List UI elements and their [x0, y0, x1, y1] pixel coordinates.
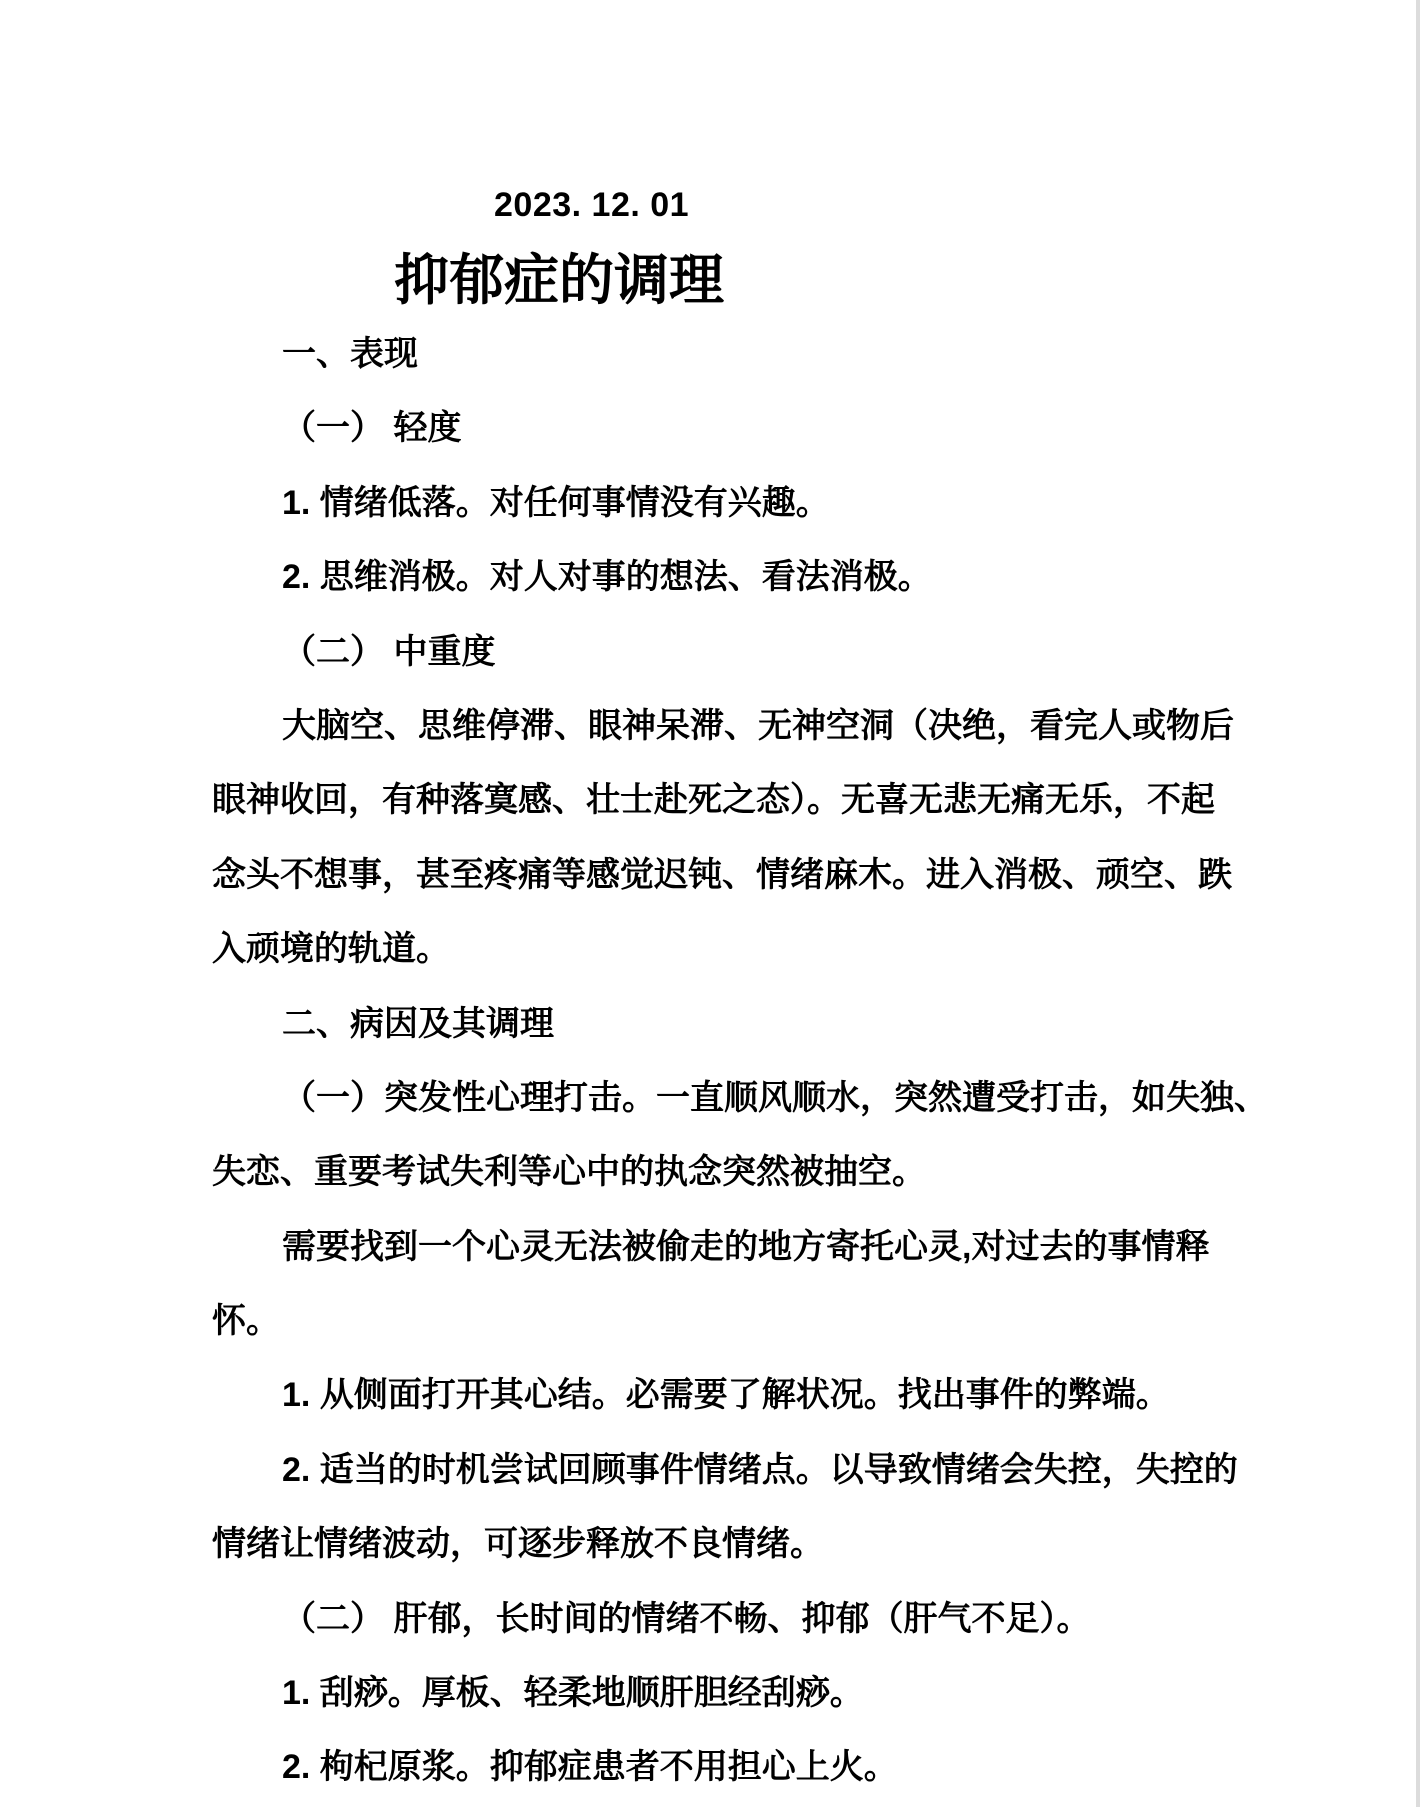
document-page: 2023. 12. 01 抑郁症的调理 一、表现 （一） 轻度 1. 情绪低落。…	[0, 0, 1420, 1807]
text-line: （二） 肝郁，长时间的情绪不畅、抑郁（肝气不足）。	[212, 1582, 1222, 1656]
text-line: 入顽境的轨道。	[212, 912, 1222, 986]
page-title: 抑郁症的调理	[394, 250, 724, 310]
text-line: 怀。	[212, 1284, 1222, 1358]
text-line: 需要找到一个心灵无法被偷走的地方寄托心灵,对过去的事情释	[212, 1210, 1222, 1284]
text-line: 2. 思维消极。对人对事的想法、看法消极。	[212, 540, 1222, 614]
document-body: 一、表现 （一） 轻度 1. 情绪低落。对任何事情没有兴趣。 2. 思维消极。对…	[212, 317, 1222, 1805]
text-line: （二） 中重度	[212, 615, 1222, 689]
text-line: 情绪让情绪波动，可逐步释放不良情绪。	[212, 1507, 1222, 1581]
text-line: 2. 枸杞原浆。抑郁症患者不用担心上火。	[212, 1730, 1222, 1804]
text-line: 1. 从侧面打开其心结。必需要了解状况。找出事件的弊端。	[212, 1358, 1222, 1432]
text-line: 1. 刮痧。厚板、轻柔地顺肝胆经刮痧。	[212, 1656, 1222, 1730]
text-line: （一） 轻度	[212, 391, 1222, 465]
text-line: （一）突发性心理打击。一直顺风顺水，突然遭受打击，如失独、	[212, 1061, 1222, 1135]
text-line: 眼神收回，有种落寞感、壮士赴死之态）。无喜无悲无痛无乐，不起	[212, 763, 1222, 837]
text-line: 大脑空、思维停滞、眼神呆滞、无神空洞（决绝，看完人或物后	[212, 689, 1222, 763]
text-line: 1. 情绪低落。对任何事情没有兴趣。	[212, 466, 1222, 540]
text-line: 念头不想事，甚至疼痛等感觉迟钝、情绪麻木。进入消极、顽空、跌	[212, 838, 1222, 912]
text-line: 失恋、重要考试失利等心中的执念突然被抽空。	[212, 1135, 1222, 1209]
text-line: 2. 适当的时机尝试回顾事件情绪点。以导致情绪会失控，失控的	[212, 1433, 1222, 1507]
document-date: 2023. 12. 01	[494, 186, 689, 225]
text-line: 一、表现	[212, 317, 1222, 391]
text-line: 二、病因及其调理	[212, 987, 1222, 1061]
right-edge-strip	[1416, 0, 1420, 1807]
